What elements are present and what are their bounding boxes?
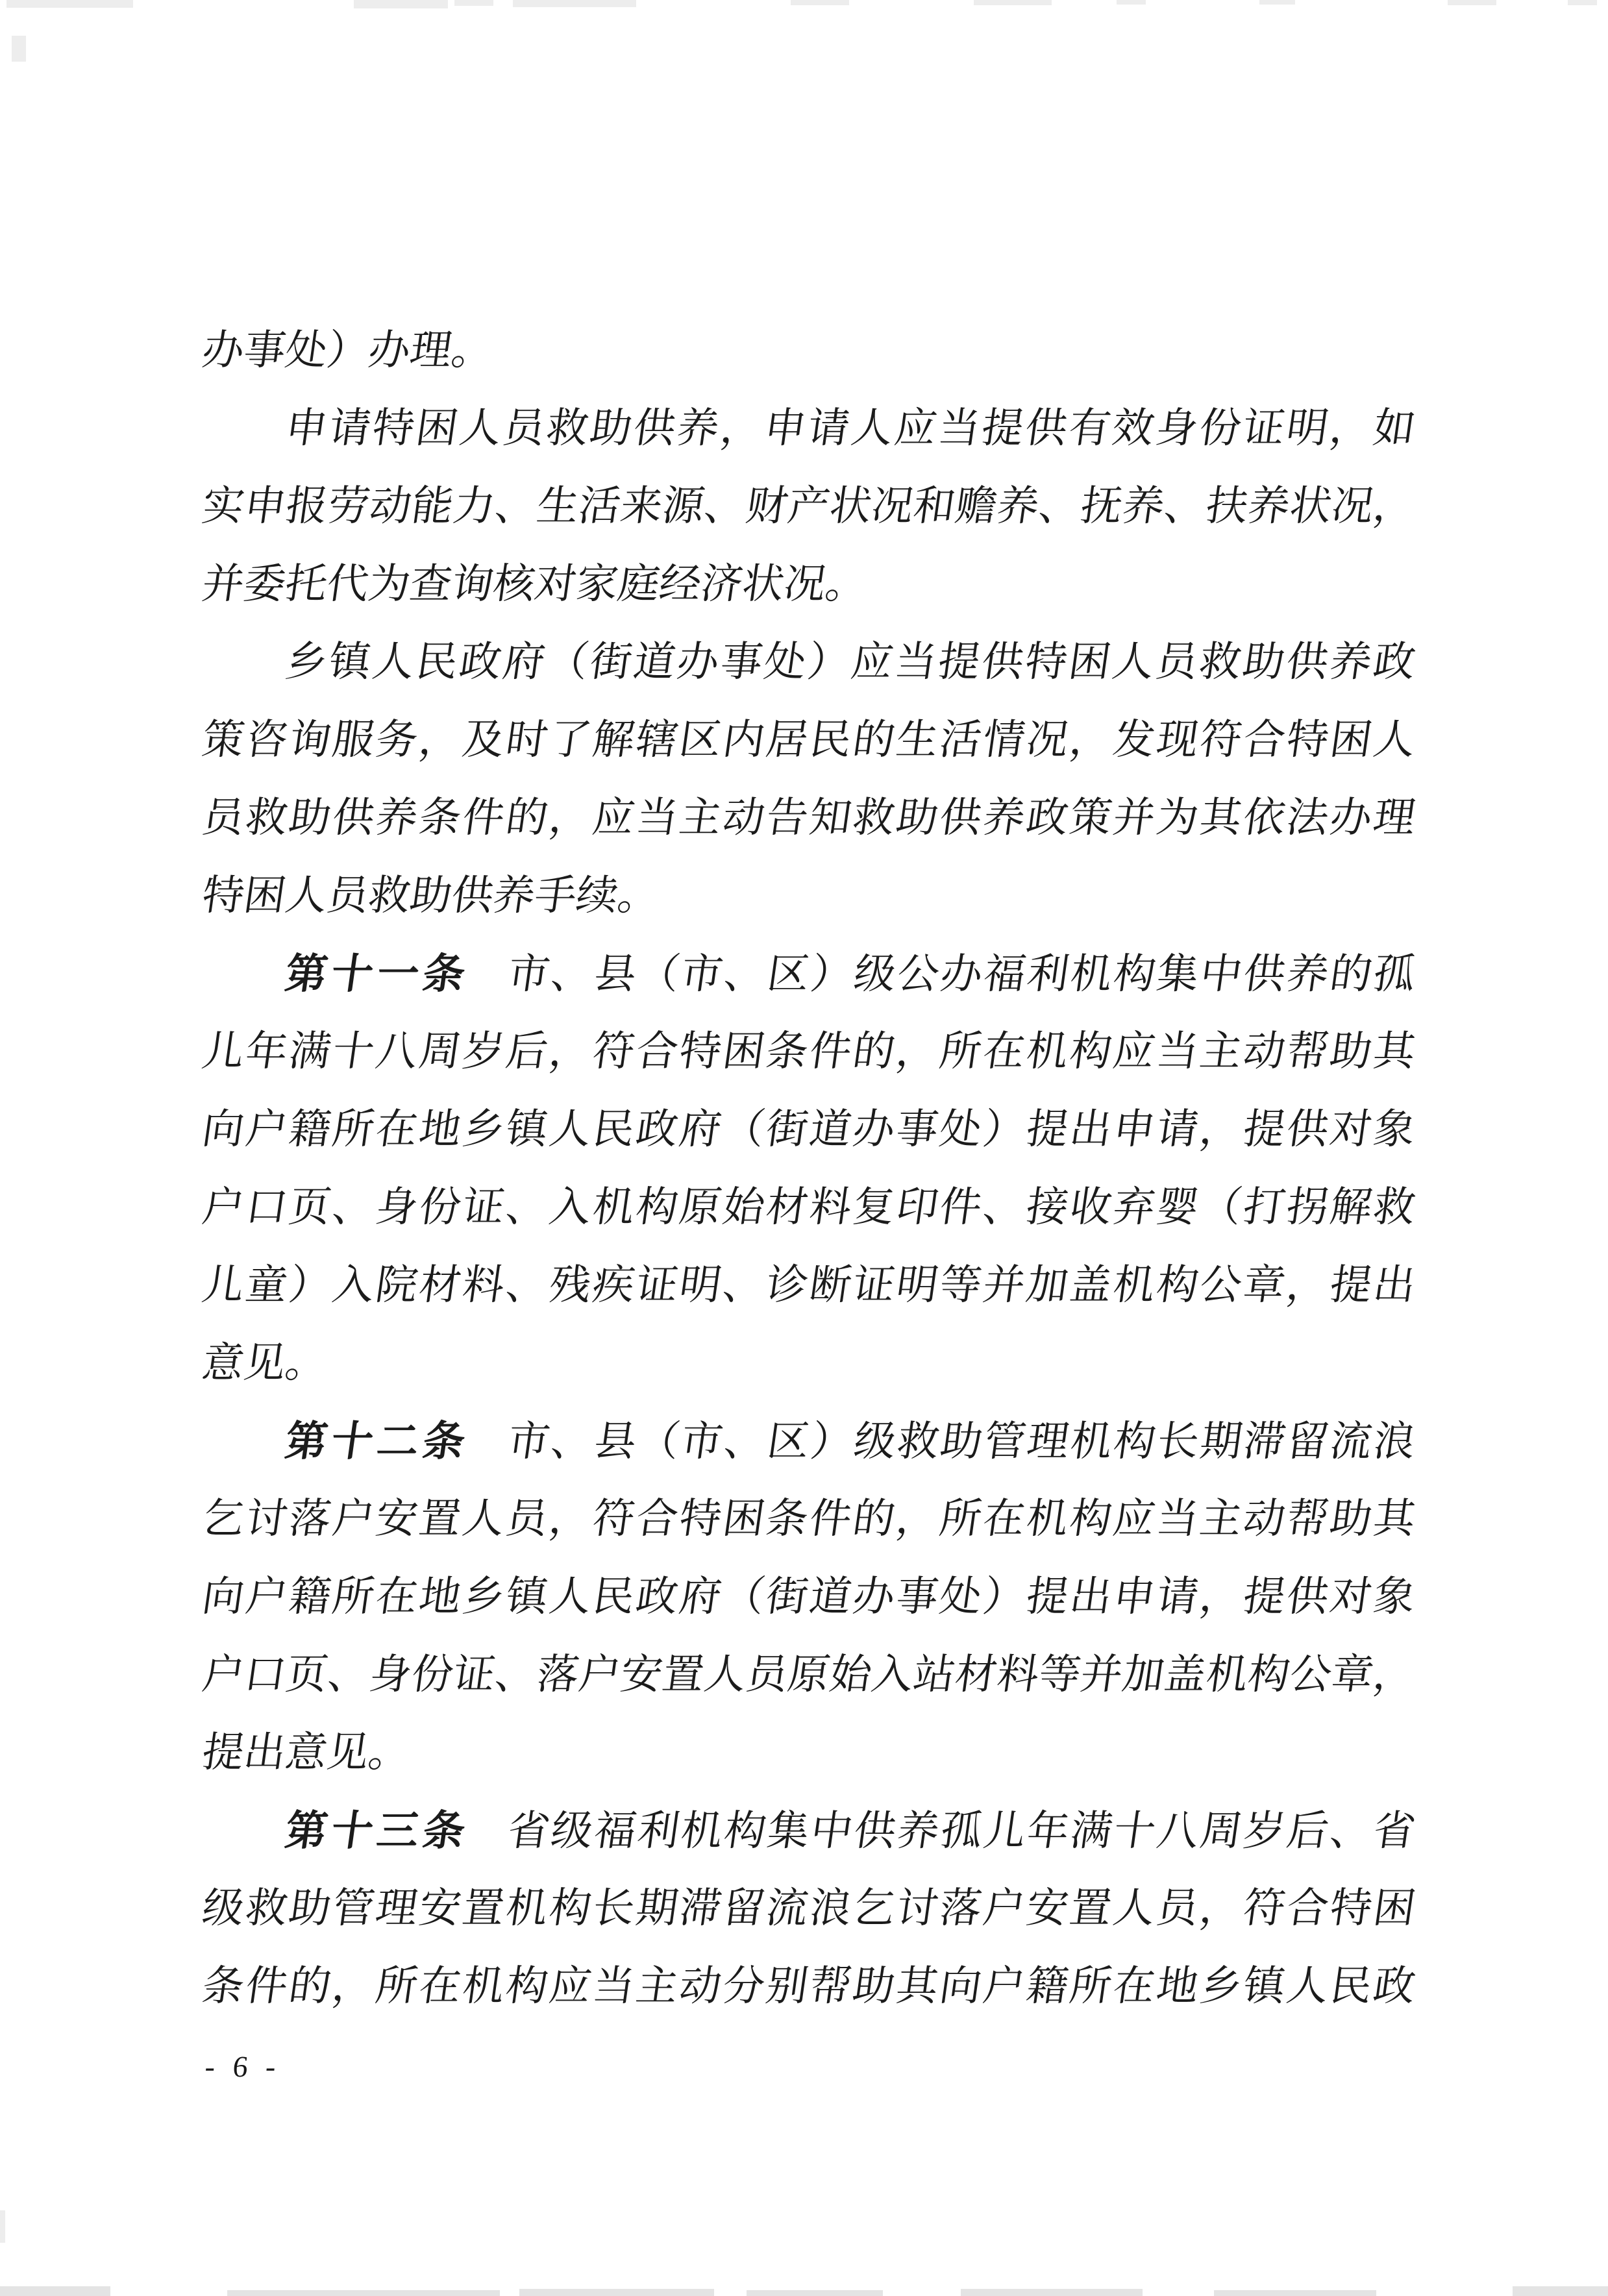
text-line: 办事处）办理。 — [197, 312, 1421, 389]
text-line-content: 户口页、身份证、落户安置人员原始入站材料等并加盖机构公章， — [199, 1651, 1418, 1697]
text-line-content: 策咨询服务，及时了解辖区内居民的生活情况，发现符合特困人 — [199, 717, 1418, 763]
text-line-content: 市、县（市、区）级公办福利机构集中供养的孤 — [505, 951, 1418, 997]
scan-artifact — [519, 2289, 714, 2296]
text-line: 第十二条市、县（市、区）级救助管理机构长期滞留流浪 — [197, 1402, 1421, 1480]
text-line-content: 提出意见。 — [199, 1729, 414, 1775]
text-line: 提出意见。 — [197, 1714, 1421, 1792]
text-line: 实申报劳动能力、生活来源、财产状况和赡养、抚养、扶养状况， — [197, 467, 1421, 545]
text-line: 向户籍所在地乡镇人民政府（街道办事处）提出申请，提供对象 — [197, 1558, 1421, 1636]
article-11-label: 第十一条 — [282, 950, 473, 997]
scan-artifact — [747, 2290, 883, 2296]
document-page: 办事处）办理。 申请特困人员救助供养，申请人应当提供有效身份证明，如 实申报劳动… — [0, 0, 1608, 2296]
text-line: 向户籍所在地乡镇人民政府（街道办事处）提出申请，提供对象 — [197, 1091, 1421, 1168]
text-line-content: 并委托代为查询核对家庭经济状况。 — [199, 561, 871, 607]
scan-artifact — [227, 2290, 500, 2296]
text-line: 意见。 — [197, 1324, 1421, 1402]
scan-artifact — [961, 2289, 1143, 2296]
scan-artifact — [0, 2286, 110, 2296]
scan-artifact — [1448, 0, 1496, 5]
text-line-content: 乡镇人民政府（街道办事处）应当提供特困人员救助供养政 — [282, 639, 1418, 685]
scan-artifact — [1568, 0, 1597, 5]
text-line: 儿童）入院材料、残疾证明、诊断证明等并加盖机构公章，提出 — [197, 1246, 1421, 1324]
text-line-content: 儿童）入院材料、残疾证明、诊断证明等并加盖机构公章，提出 — [199, 1262, 1418, 1308]
text-line: 户口页、身份证、入机构原始材料复印件、接收弃婴（打拐解救 — [197, 1168, 1421, 1246]
text-line: 儿年满十八周岁后，符合特困条件的，所在机构应当主动帮助其 — [197, 1013, 1421, 1091]
text-line-content: 实申报劳动能力、生活来源、财产状况和赡养、抚养、扶养状况， — [199, 483, 1418, 529]
scan-artifact — [1259, 0, 1295, 5]
text-line-content: 省级福利机构集中供养孤儿年满十八周岁后、省 — [505, 1808, 1418, 1854]
text-line-content: 乞讨落户安置人员，符合特困条件的，所在机构应当主动帮助其 — [199, 1496, 1418, 1542]
scan-artifact — [454, 0, 493, 6]
text-line: 第十三条省级福利机构集中供养孤儿年满十八周岁后、省 — [197, 1792, 1421, 1870]
scan-artifact — [791, 0, 849, 5]
scan-artifact — [6, 0, 133, 8]
text-line-content: 申请特困人员救助供养，申请人应当提供有效身份证明，如 — [282, 405, 1418, 451]
text-line-content: 级救助管理安置机构长期滞留流浪乞讨落户安置人员，符合特困 — [199, 1885, 1418, 1931]
scan-artifact — [1117, 0, 1146, 5]
text-block: 办事处）办理。 申请特困人员救助供养，申请人应当提供有效身份证明，如 实申报劳动… — [203, 312, 1415, 2025]
text-line: 级救助管理安置机构长期滞留流浪乞讨落户安置人员，符合特困 — [197, 1870, 1421, 1947]
page-number: - 6 - — [203, 2050, 282, 2084]
text-line-content: 向户籍所在地乡镇人民政府（街道办事处）提出申请，提供对象 — [199, 1574, 1418, 1620]
scan-artifact — [974, 0, 1052, 5]
text-line-content: 条件的，所在机构应当主动分别帮助其向户籍所在地乡镇人民政 — [199, 1963, 1418, 2009]
text-line-content: 特困人员救助供养手续。 — [199, 872, 663, 919]
text-line: 并委托代为查询核对家庭经济状况。 — [197, 545, 1421, 623]
text-line: 户口页、身份证、落户安置人员原始入站材料等并加盖机构公章， — [197, 1636, 1421, 1714]
scan-artifact — [1214, 2290, 1376, 2296]
text-line: 员救助供养条件的，应当主动告知救助供养政策并为其依法办理 — [197, 779, 1421, 857]
article-13-label: 第十三条 — [282, 1807, 473, 1854]
text-line-content: 向户籍所在地乡镇人民政府（街道办事处）提出申请，提供对象 — [199, 1106, 1418, 1152]
scan-artifact — [1513, 2286, 1608, 2296]
scan-artifact — [12, 36, 26, 62]
text-line-content: 员救助供养条件的，应当主动告知救助供养政策并为其依法办理 — [199, 795, 1418, 841]
scan-artifact — [513, 0, 636, 7]
text-line: 条件的，所在机构应当主动分别帮助其向户籍所在地乡镇人民政 — [197, 1947, 1421, 2025]
text-line-content: 户口页、身份证、入机构原始材料复印件、接收弃婴（打拐解救 — [199, 1184, 1418, 1230]
scan-artifact — [354, 0, 448, 8]
text-line-content: 办事处）办理。 — [199, 327, 497, 373]
text-line: 策咨询服务，及时了解辖区内居民的生活情况，发现符合特困人 — [197, 701, 1421, 779]
text-line: 申请特困人员救助供养，申请人应当提供有效身份证明，如 — [197, 389, 1421, 467]
text-line-content: 意见。 — [199, 1340, 330, 1386]
text-line: 乞讨落户安置人员，符合特困条件的，所在机构应当主动帮助其 — [197, 1480, 1421, 1558]
text-line: 乡镇人民政府（街道办事处）应当提供特困人员救助供养政 — [197, 623, 1421, 701]
text-line: 特困人员救助供养手续。 — [197, 857, 1421, 935]
text-line: 第十一条市、县（市、区）级公办福利机构集中供养的孤 — [197, 935, 1421, 1013]
text-line-content: 市、县（市、区）级救助管理机构长期滞留流浪 — [505, 1418, 1418, 1464]
article-12-label: 第十二条 — [282, 1418, 473, 1464]
text-line-content: 儿年满十八周岁后，符合特困条件的，所在机构应当主动帮助其 — [199, 1028, 1418, 1074]
scan-artifact — [0, 2210, 5, 2243]
